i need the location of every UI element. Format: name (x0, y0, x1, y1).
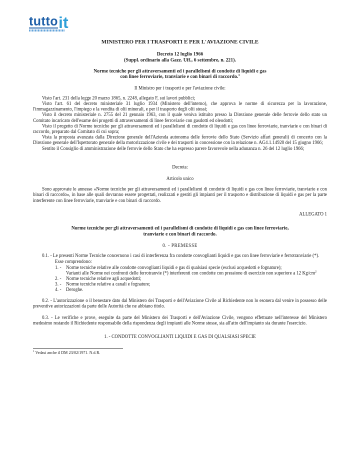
premesse-heading: 0. - PREMESSE (33, 244, 327, 250)
premesse-paragraph-01: 0.1. - Le presenti Norme Tecniche concer… (33, 254, 327, 260)
section-1-heading: 1. - CONDOTTE CONVOGLIANTI LIQUIDI E GAS… (33, 334, 327, 340)
minister-intro-line: Il Ministro per i trasporti e per l'avia… (33, 86, 327, 92)
gazette-reference: (Suppl. ordinario alla Gazz. Uff., 6 set… (33, 58, 327, 64)
decree-title: Norme tecniche per gli attraversamenti e… (33, 68, 327, 80)
footnote-body: Vedasi anche il DM 23/02/1971. N.d.R. (34, 350, 100, 355)
ministry-heading: MINISTERO PER I TRASPORTI E PER L'AVIAZI… (33, 40, 327, 46)
title-footnote-ref: 1 (238, 73, 240, 77)
premesse-paragraph-03: 0.3. - Le verifiche e prove, eseguite da… (33, 316, 327, 327)
premesse-list: 1. - Norme tecniche relative alle condot… (55, 265, 327, 293)
list-item: 4. - Deroghe. (55, 288, 327, 294)
recital-paragraph-2: Visto l'art. 61 del decreto ministeriale… (33, 102, 327, 113)
exponent-2: 2 (315, 270, 317, 273)
decreta-line: Decreta: (33, 165, 327, 171)
document-page: tutto it MINISTERO PER I TRASPORTI E PER… (0, 0, 360, 466)
logo-word-it: it (59, 17, 69, 29)
logo-tagline-microtext (29, 30, 65, 32)
recital-paragraph-3: Visto il decreto ministeriale n. 2755 de… (33, 113, 327, 124)
allegato-label: ALLEGATO 1 (33, 212, 327, 218)
premesse-paragraph-02: 0.2. - L'autorizzazione o il benestare d… (33, 298, 327, 309)
annex-title: Norme tecniche per gli attraversamenti e… (33, 226, 327, 238)
logo-wordmark: tutto it (29, 16, 327, 29)
articolo-unico-heading: Articolo unico (33, 177, 327, 183)
recital-paragraph-6: Sentito il Consiglio di amministrazione … (33, 146, 327, 152)
annex-title-line2: tranviarie e con binari di raccordo. (143, 231, 216, 237)
tuttoit-logo: tutto it (29, 16, 327, 32)
list-item-text-body: Varianti alle Norme nei confronti delle … (66, 271, 315, 276)
footnote-block: 1 Vedasi anche il DM 23/02/1971. N.d.R. (33, 348, 327, 355)
decree-title-line1: Norme tecniche per gli attraversamenti e… (94, 68, 267, 74)
articolo-unico-text: Sono approvate le annesse «Norme tecnich… (33, 187, 327, 204)
footnote-separator (33, 348, 123, 349)
list-item-number: 4. - (55, 288, 66, 294)
logo-word-tutto: tutto (29, 16, 58, 29)
list-item-text: Deroghe. (66, 288, 327, 294)
annex-title-line1: Norme tecniche per gli attraversamenti e… (71, 226, 288, 232)
decree-title-line2: con linee ferroviarie, tranviarie e con … (120, 74, 238, 80)
recital-paragraph-5: Vista la proposta avanzata dalla Direzio… (33, 135, 327, 146)
recital-paragraph-4: Visto il progetto di Norme tecniche per … (33, 124, 327, 135)
document-content: tutto it MINISTERO PER I TRASPORTI E PER… (0, 0, 360, 466)
footnote-text: 1 Vedasi anche il DM 23/02/1971. N.d.R. (33, 350, 327, 355)
decree-date: Decreto 12 luglio 1966 (33, 52, 327, 58)
